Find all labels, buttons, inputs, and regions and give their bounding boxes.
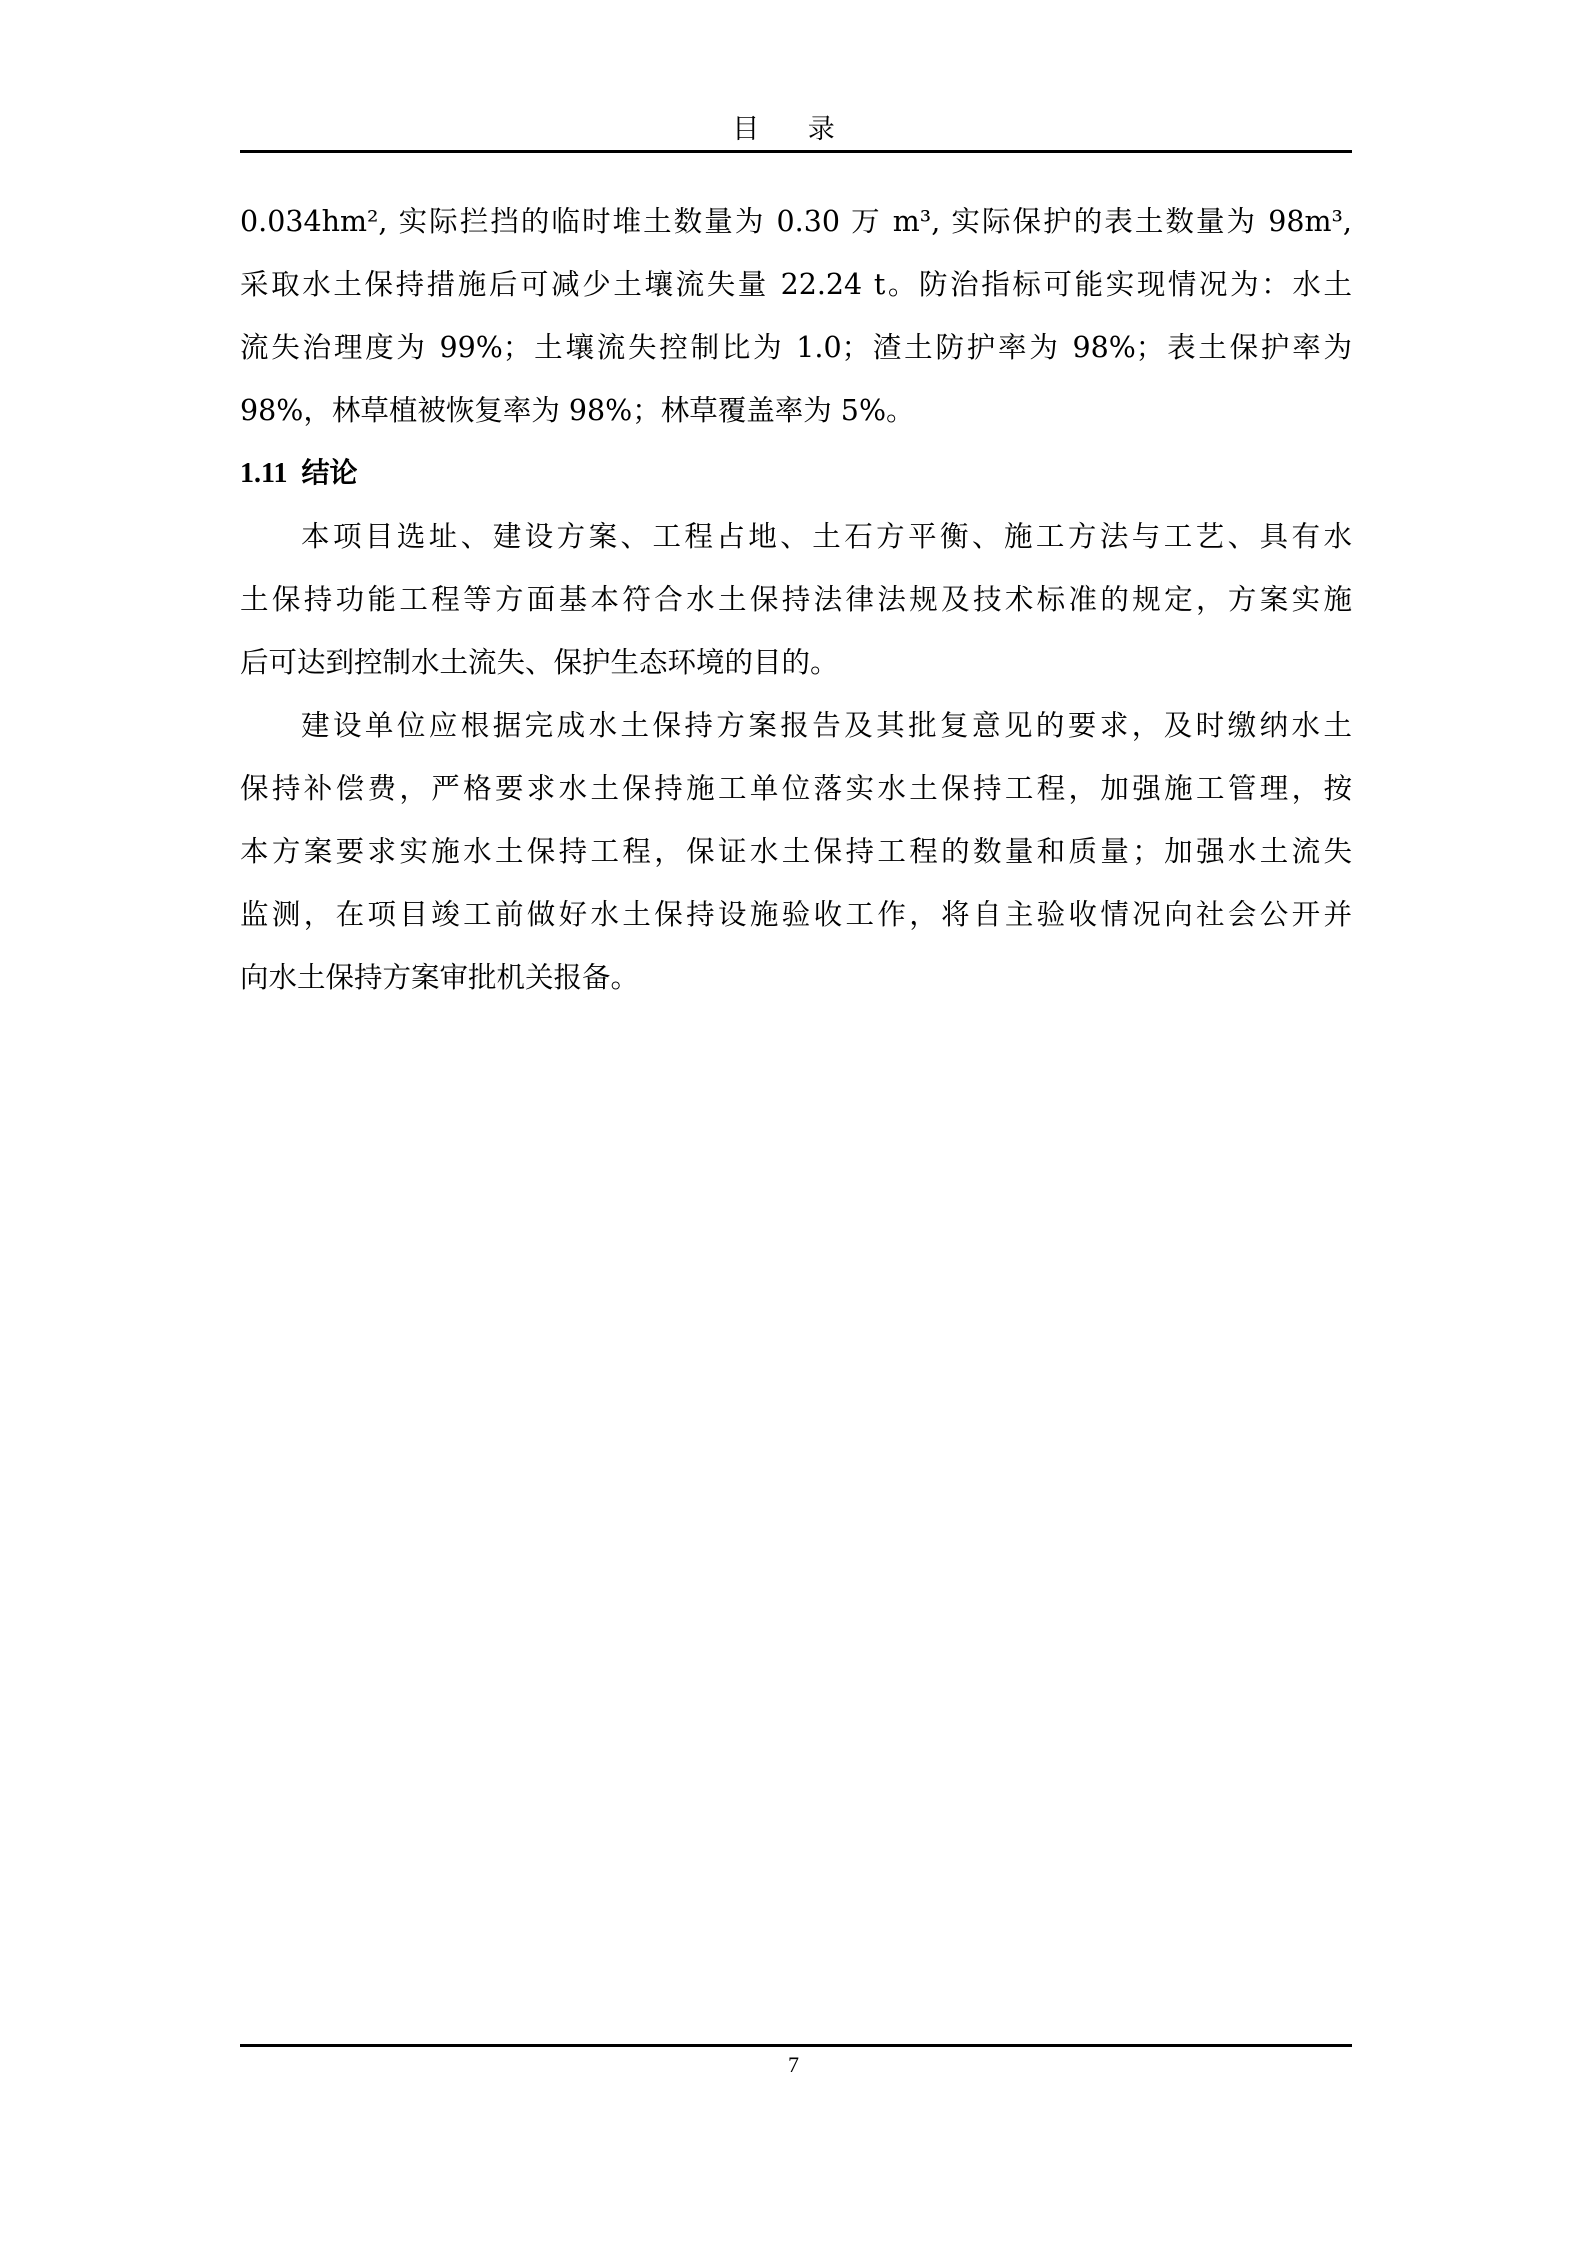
- text-line: 本项目选址、建设方案、工程占地、土石方平衡、施工方法与工艺、具有水: [240, 505, 1352, 568]
- section-heading: 1.11 结论: [240, 442, 1352, 505]
- document-body: 0.034hm², 实际拦挡的临时堆土数量为 0.30 万 m³, 实际保护的表…: [240, 190, 1352, 1009]
- header-rule: [240, 150, 1352, 153]
- section-title: 结论: [301, 458, 357, 489]
- text-line: 监测，在项目竣工前做好水土保持设施验收工作，将自主验收情况向社会公开并: [240, 883, 1352, 946]
- text-line: 建设单位应根据完成水土保持方案报告及其批复意见的要求，及时缴纳水土: [240, 694, 1352, 757]
- text-line: 向水土保持方案审批机关报备。: [240, 946, 1352, 1009]
- text-line: 98%，林草植被恢复率为 98%；林草覆盖率为 5%。: [240, 379, 1352, 442]
- text-line: 本方案要求实施水土保持工程，保证水土保持工程的数量和质量；加强水土流失: [240, 820, 1352, 883]
- paragraph-requirements: 建设单位应根据完成水土保持方案报告及其批复意见的要求，及时缴纳水土 保持补偿费，…: [240, 694, 1352, 1009]
- page-number: 7: [0, 2052, 1587, 2078]
- text-line: 采取水土保持措施后可减少土壤流失量 22.24 t。防治指标可能实现情况为：水土: [240, 253, 1352, 316]
- text-line: 保持补偿费，严格要求水土保持施工单位落实水土保持工程，加强施工管理，按: [240, 757, 1352, 820]
- text-line: 土保持功能工程等方面基本符合水土保持法律法规及技术标准的规定，方案实施: [240, 568, 1352, 631]
- paragraph-conclusion: 本项目选址、建设方案、工程占地、土石方平衡、施工方法与工艺、具有水 土保持功能工…: [240, 505, 1352, 694]
- text-line: 0.034hm², 实际拦挡的临时堆土数量为 0.30 万 m³, 实际保护的表…: [240, 190, 1352, 253]
- text-line: 后可达到控制水土流失、保护生态环境的目的。: [240, 631, 1352, 694]
- section-number: 1.11: [240, 458, 287, 489]
- text-line: 流失治理度为 99%；土壤流失控制比为 1.0；渣土防护率为 98%；表土保护率…: [240, 316, 1352, 379]
- page-header-title: 目 录: [0, 112, 1587, 148]
- paragraph-summary: 0.034hm², 实际拦挡的临时堆土数量为 0.30 万 m³, 实际保护的表…: [240, 190, 1352, 442]
- footer-rule: [240, 2044, 1352, 2047]
